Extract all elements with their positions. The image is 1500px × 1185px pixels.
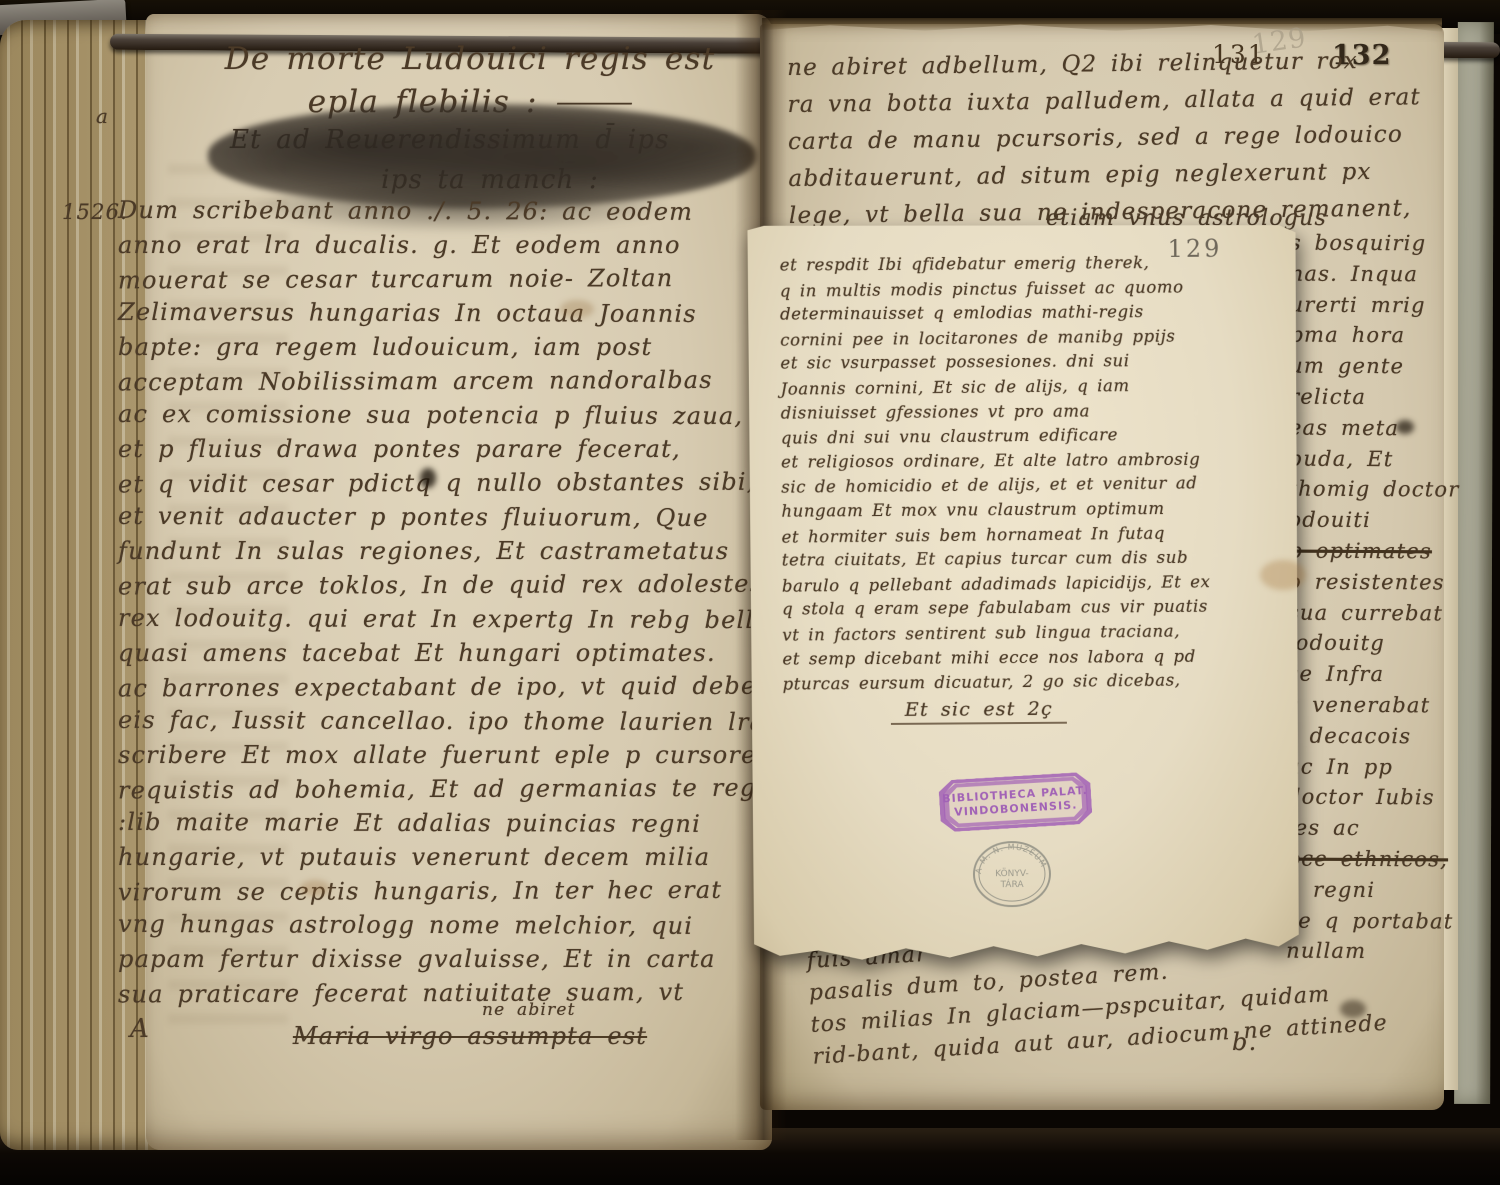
stray-letter: b. [1232, 1028, 1257, 1056]
title-line: De morte Ludouici regis est [190, 38, 750, 81]
left-page-body: Dum scribebant anno ./. 5. 26: ac eodema… [118, 194, 766, 1010]
manuscript-line: bapte: gra regem ludouicum, iam post [118, 330, 766, 364]
manuscript-line: :lib maite marie Et adalias puincias reg… [118, 805, 766, 841]
margin-letter-a: a [96, 104, 109, 128]
manuscript-line-fragment: pma hora [1289, 320, 1454, 352]
manuscript-line: fundunt In sulas regiones, Et castrameta… [118, 534, 766, 568]
inserted-leaf-body: et respdit Ibi qfidebatur emerig therek,… [780, 250, 1283, 696]
catchword-struck: Maria virgo assumpta est [250, 1022, 690, 1050]
manuscript-line: Zelimaversus hungarias In octaua Joannis [118, 295, 766, 331]
manuscript-line: et p fluius drawa pontes parare fecerat, [118, 432, 766, 466]
manuscript-line: pturcas eursum dicuatur, 2 go sic diceba… [783, 667, 1283, 697]
manuscript-line: virorum se ceptis hungaris, In ter hec e… [118, 873, 766, 910]
closing-formula: Et sic est 2ç [891, 698, 1067, 725]
ink-spot [1396, 420, 1414, 434]
manuscript-line: rex lodouitg. qui erat In expertg In reb… [118, 601, 766, 637]
manuscript-photo: De morte Ludouici regis est epla flebili… [0, 0, 1500, 1185]
manuscript-line: vng hungas astrologg nome melchior, qui [118, 907, 766, 943]
stain-spot [300, 880, 330, 896]
inserted-leaf-paper: 129 et respdit Ibi qfidebatur emerig the… [747, 222, 1300, 962]
manuscript-line: hungaam Et mox vnu claustrum optimum [781, 496, 1281, 524]
manuscript-line-fragment: ac In pp [1287, 751, 1452, 783]
manuscript-line-fragment: I decacois [1287, 720, 1452, 752]
manuscript-line-fragment: doctor Iubis [1287, 782, 1452, 814]
manuscript-line: vt in factors sentirent sub lingua traci… [782, 618, 1282, 648]
manuscript-line-fragment: eas meta [1289, 412, 1454, 444]
stain-spot [560, 300, 594, 318]
manuscript-line: quasi amens tacebat Et hungari optimates… [118, 636, 766, 670]
manuscript-line: eis fac, Iussit cancellao. ipo thome lau… [118, 703, 766, 739]
manuscript-line-fragment: lodouitg [1288, 628, 1453, 660]
manuscript-line-fragment: odouiti [1288, 505, 1453, 537]
manuscript-line: et hormiter suis bem hornameat In futaq [781, 520, 1281, 550]
manuscript-line-fragment: nas. Inqua [1290, 258, 1455, 290]
manuscript-line-fragment: urerti mrig [1289, 289, 1454, 321]
manuscript-line-fragment: p optimates [1288, 536, 1453, 568]
margin-letter-A: A [130, 1014, 150, 1044]
stamp-text: TÁRA [999, 878, 1024, 890]
inserted-leaf: 129 et respdit Ibi qfidebatur emerig the… [747, 222, 1300, 962]
manuscript-line: ac ex comissione sua potencia p fluius z… [118, 397, 766, 433]
manuscript-line-fragment: relicta [1289, 382, 1454, 414]
ink-spot [1340, 1000, 1366, 1018]
manuscript-line: cornini pee in locitarones de manibg ppi… [780, 323, 1280, 353]
manuscript-line: Dum scribebant anno ./. 5. 26: ac eodem [118, 193, 766, 229]
manuscript-line: requistis ad bohemia, Et ad germanias te… [118, 771, 766, 808]
library-stamp-round: A M. N. MUZEUM KÖNYV- TÁRA [970, 838, 1055, 911]
manuscript-line: papam fertur dixisse gvaluisse, Et in ca… [118, 942, 766, 976]
manuscript-line: ac barrones expectabant de ipo, vt quid … [118, 669, 766, 706]
right-edge-fragments: s bosquirignas. Inquaurerti mrigpma hora… [1286, 228, 1455, 968]
manuscript-line: anno erat lra ducalis. g. Et eodem anno [118, 228, 766, 262]
interline-note: ne abiret [482, 1000, 576, 1020]
stain-spot [1260, 560, 1306, 590]
manuscript-line-fragment: o resistentes [1288, 566, 1453, 598]
manuscript-line: hungarie, vt putauis venerunt decem mili… [118, 840, 766, 874]
manuscript-line-fragment: pce ethnicos, [1287, 844, 1452, 876]
manuscript-line: acceptam Nobilissimam arcem nandoralbas [118, 363, 766, 400]
manuscript-line: erat sub arce toklos, In de quid rex ado… [118, 567, 766, 604]
manuscript-line: et respdit Ibi qfidebatur emerig therek, [780, 250, 1280, 278]
manuscript-line-fragment: thomig doctor [1288, 474, 1453, 506]
manuscript-line-fragment: s venerabat [1287, 690, 1452, 722]
manuscript-line-fragment: ies ac [1287, 813, 1452, 845]
manuscript-line: et venit adaucter p pontes fluiuorum, Qu… [118, 499, 766, 535]
manuscript-line-fragment: a regni [1286, 874, 1451, 906]
manuscript-line: mouerat se cesar turcarum noie- Zoltan [118, 261, 766, 298]
stamp-text: KÖNYV- [995, 868, 1029, 879]
manuscript-line: q in multis modis pinctus fuisset ac quo… [780, 274, 1280, 304]
manuscript-line: Joannis cornini, Et sic de alijs, q iam [780, 372, 1280, 402]
manuscript-line: scribere Et mox allate fuerunt eple p cu… [118, 738, 766, 772]
manuscript-line-fragment: um gente [1289, 351, 1454, 383]
library-stamp-rect: BIBLIOTHECA PALAT. VINDOBONENSIS. [938, 772, 1093, 833]
ink-spot [420, 468, 436, 488]
manuscript-line-fragment: buda, Et [1289, 443, 1454, 475]
manuscript-line-fragment: se Infra [1288, 659, 1453, 691]
manuscript-line-fragment: s bosquirig [1290, 228, 1455, 260]
manuscript-line: barulo q pellebant adadimads lapicidijs,… [782, 569, 1282, 599]
manuscript-line: et q vidit cesar pdictq q nullo obstante… [118, 465, 766, 502]
manuscript-line-fragment: sua currebat [1288, 597, 1453, 629]
manuscript-line: sua praticare fecerat natiuitate suam, v… [118, 975, 766, 1012]
